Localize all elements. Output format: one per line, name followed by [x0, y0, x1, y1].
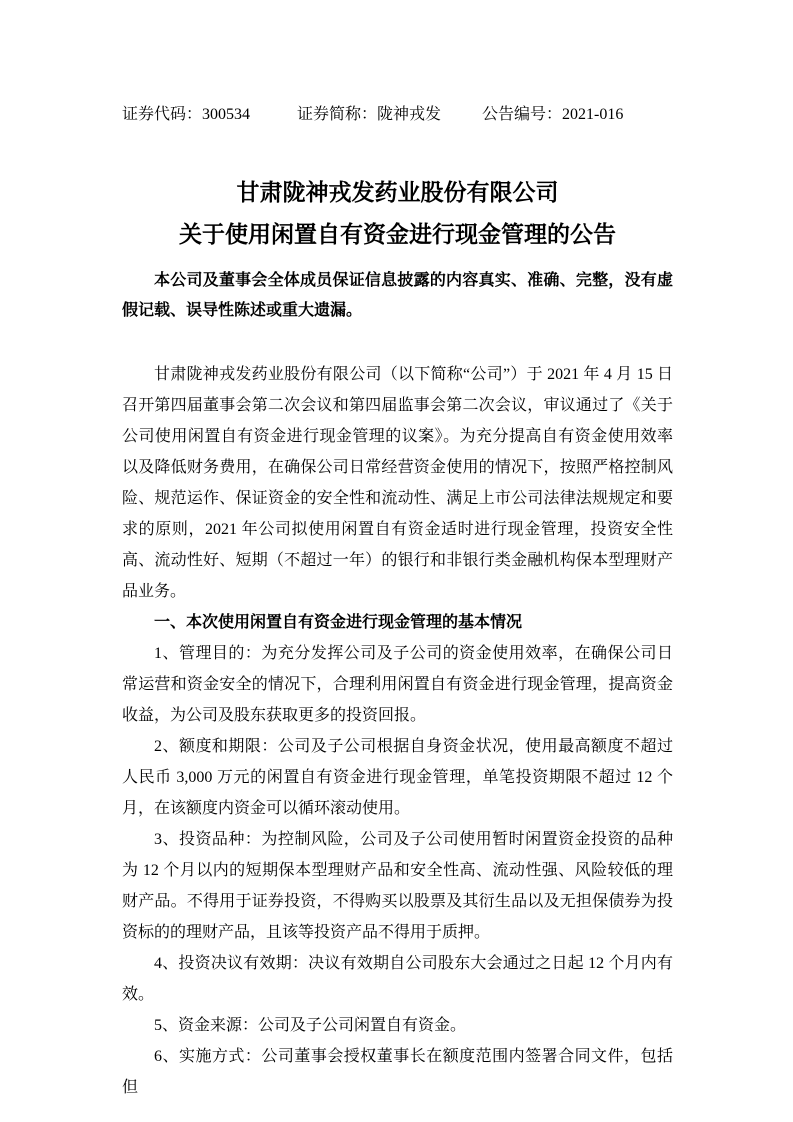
document-title: 甘肃陇神戎发药业股份有限公司 关于使用闲置自有资金进行现金管理的公告	[122, 172, 673, 256]
item-6-implementation-method: 6、实施方式：公司董事会授权董事长在额度范围内签署合同文件，包括但	[122, 1041, 673, 1103]
document-body: 甘肃陇神戎发药业股份有限公司（以下简称“公司”）于 2021 年 4 月 15 …	[122, 359, 673, 1103]
item-1-management-purpose: 1、管理目的：为充分发挥公司及子公司的资金使用效率，在确保公司日常运营和资金安全…	[122, 638, 673, 731]
intro-paragraph: 甘肃陇神戎发药业股份有限公司（以下简称“公司”）于 2021 年 4 月 15 …	[122, 359, 673, 607]
item-4-resolution-validity: 4、投资决议有效期：决议有效期自公司股东大会通过之日起 12 个月内有效。	[122, 948, 673, 1010]
page-content: 证券代码：300534 证券简称：陇神戎发 公告编号：2021-016 甘肃陇神…	[122, 0, 673, 1103]
company-name-title-line: 甘肃陇神戎发药业股份有限公司	[122, 172, 673, 214]
board-disclaimer-statement: 本公司及董事会全体成员保证信息披露的内容真实、准确、完整，没有虚假记载、误导性陈…	[122, 266, 673, 326]
announcement-number: 公告编号：2021-016	[482, 104, 623, 126]
item-5-funding-source: 5、资金来源：公司及子公司闲置自有资金。	[122, 1010, 673, 1041]
section-1-heading: 一、本次使用闲置自有资金进行现金管理的基本情况	[122, 607, 673, 638]
stock-code: 证券代码：300534	[122, 104, 250, 126]
stock-abbreviation: 证券简称：陇神戎发	[297, 104, 441, 126]
announcement-subject-title-line: 关于使用闲置自有资金进行现金管理的公告	[122, 214, 673, 256]
document-page: 证券代码：300534 证券简称：陇神戎发 公告编号：2021-016 甘肃陇神…	[0, 0, 793, 1122]
item-3-investment-types: 3、投资品种：为控制风险，公司及子公司使用暂时闲置资金投资的品种为 12 个月以…	[122, 824, 673, 948]
item-2-quota-and-term: 2、额度和期限：公司及子公司根据自身资金状况，使用最高额度不超过人民币 3,00…	[122, 731, 673, 824]
document-header: 证券代码：300534 证券简称：陇神戎发 公告编号：2021-016	[122, 104, 673, 126]
